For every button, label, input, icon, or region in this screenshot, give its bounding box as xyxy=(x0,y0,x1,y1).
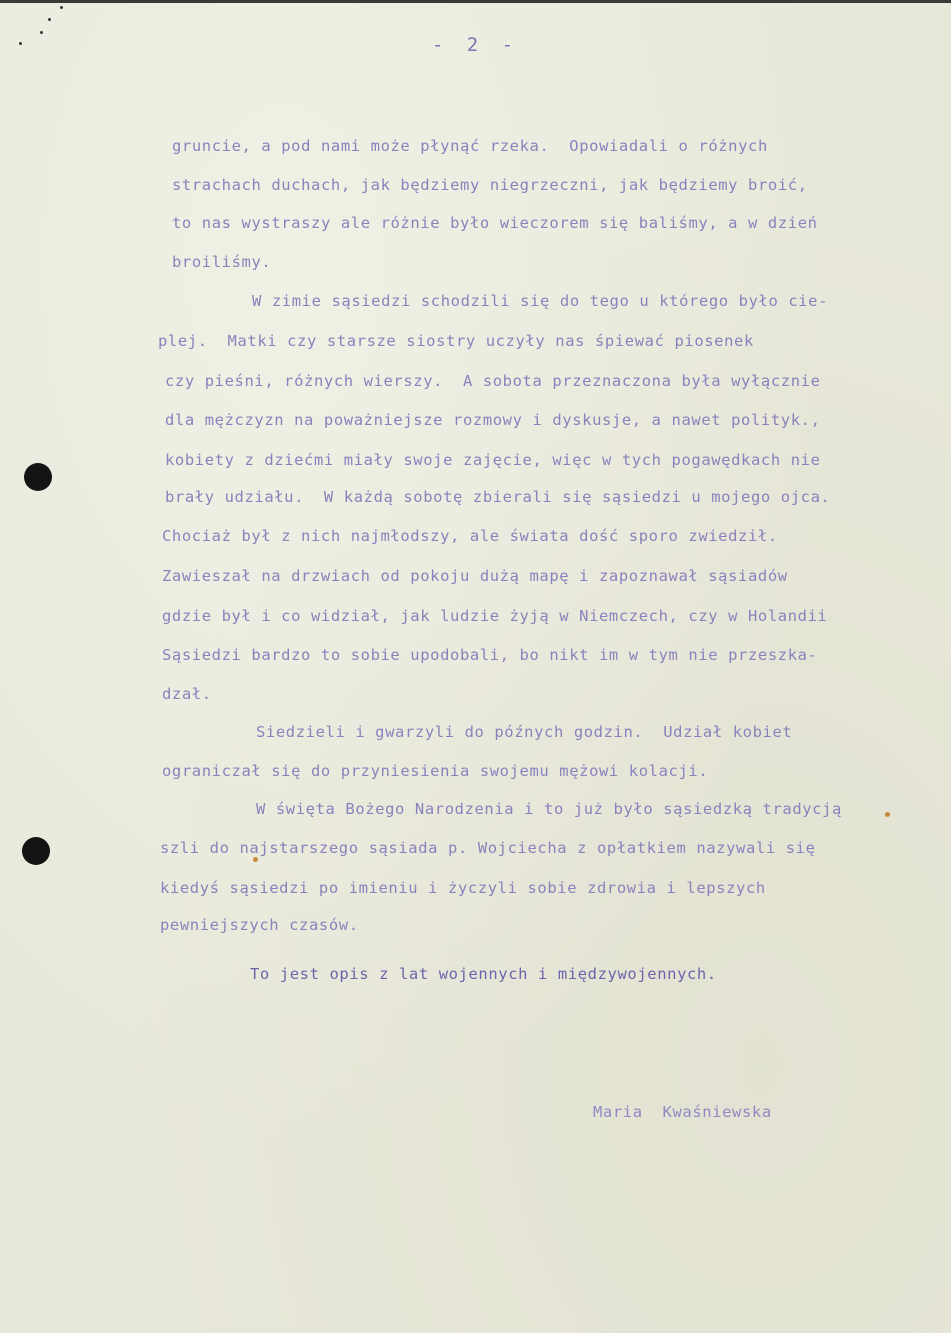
stain-dot xyxy=(885,812,890,817)
punch-hole-upper xyxy=(24,463,52,491)
text-line: Chociaż był z nich najmłodszy, ale świat… xyxy=(162,526,778,546)
text-line: ograniczał się do przyniesienia swojemu … xyxy=(162,761,708,781)
text-line: strachach duchach, jak będziemy niegrzec… xyxy=(172,175,808,195)
ink-speck xyxy=(48,18,51,21)
text-line: szli do najstarszego sąsiada p. Wojciech… xyxy=(160,838,816,858)
text-line: dzał. xyxy=(162,684,212,704)
text-line: Zawieszał na drzwiach od pokoju dużą map… xyxy=(162,566,788,586)
page-number: - 2 - xyxy=(0,34,951,56)
text-line: dla mężczyzn na poważniejsze rozmowy i d… xyxy=(165,410,821,430)
author-signature: Maria Kwaśniewska xyxy=(593,1103,772,1121)
text-line: czy pieśni, różnych wierszy. A sobota pr… xyxy=(165,371,821,391)
text-line: to nas wystraszy ale różnie było wieczor… xyxy=(172,213,818,233)
scan-top-edge xyxy=(0,0,951,3)
text-line: brały udziału. W każdą sobotę zbierali s… xyxy=(165,487,830,507)
paragraph-start-line: W święta Bożego Narodzenia i to już było… xyxy=(256,799,842,819)
text-line: plej. Matki czy starsze siostry uczyły n… xyxy=(158,331,754,351)
paragraph-start-line: W zimie sąsiedzi schodzili się do tego u… xyxy=(252,291,828,311)
closing-line: To jest opis z lat wojennych i międzywoj… xyxy=(250,964,717,984)
text-line: broiliśmy. xyxy=(172,252,271,272)
text-line: Sąsiedzi bardzo to sobie upodobali, bo n… xyxy=(162,645,818,665)
text-line: gdzie był i co widział, jak ludzie żyją … xyxy=(162,606,827,626)
punch-hole-lower xyxy=(22,837,50,865)
text-line: kiedyś sąsiedzi po imieniu i życzyli sob… xyxy=(160,878,766,898)
paragraph-start-line: Siedzieli i gwarzyli do późnych godzin. … xyxy=(256,722,792,742)
text-line: gruncie, a pod nami może płynąć rzeka. O… xyxy=(172,136,768,156)
text-line: pewniejszych czasów. xyxy=(160,915,359,935)
text-line: kobiety z dziećmi miały swoje zajęcie, w… xyxy=(165,450,821,470)
scanned-page: - 2 - gruncie, a pod nami może płynąć rz… xyxy=(0,0,951,1333)
ink-speck xyxy=(60,6,63,9)
